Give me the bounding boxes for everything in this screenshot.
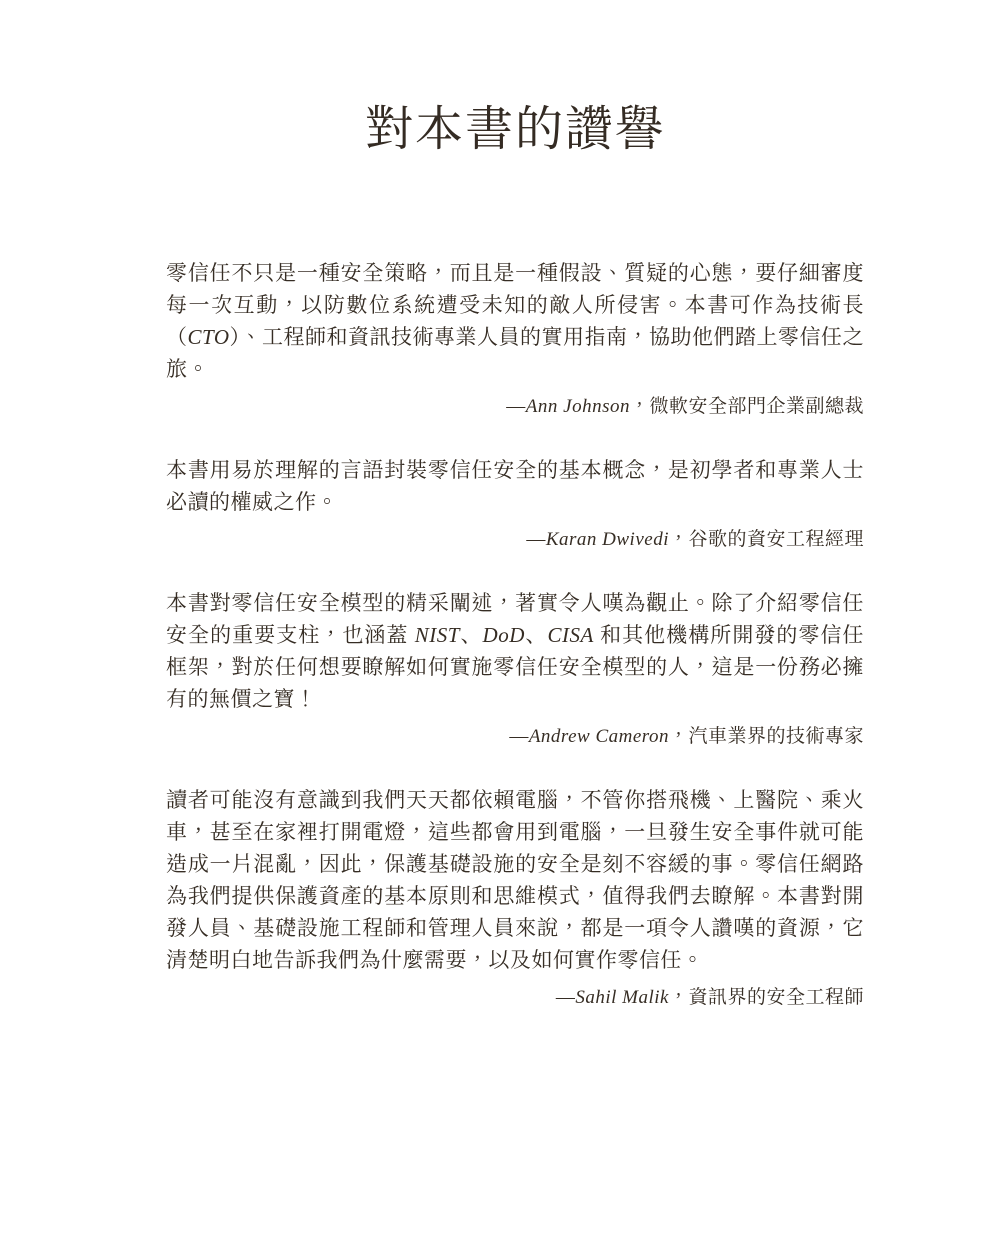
book-page: 對本書的讚譽 零信任不只是一種安全策略，而且是一種假設、質疑的心態，要仔細審度每…	[0, 0, 1000, 1243]
quote-block: 零信任不只是一種安全策略，而且是一種假設、質疑的心態，要仔細審度每一次互動，以防…	[166, 257, 864, 423]
page-content: 對本書的讚譽 零信任不只是一種安全策略，而且是一種假設、質疑的心態，要仔細審度每…	[166, 0, 864, 1045]
quote-attribution: —Sahil Malik，資訊界的安全工程師	[166, 982, 864, 1014]
quote-paragraph: 本書用易於理解的言語封裝零信任安全的基本概念，是初學者和專業人士必讀的權威之作。	[166, 454, 864, 518]
quote-paragraph: 讀者可能沒有意識到我們天天都依賴電腦，不管你搭飛機、上醫院、乘火車，甚至在家裡打…	[166, 784, 864, 976]
page-title: 對本書的讚譽	[166, 100, 864, 160]
quote-block: 本書對零信任安全模型的精采闡述，著實令人嘆為觀止。除了介紹零信任安全的重要支柱，…	[166, 587, 864, 753]
quote-attribution: —Andrew Cameron，汽車業界的技術專家	[166, 721, 864, 753]
quote-block: 讀者可能沒有意識到我們天天都依賴電腦，不管你搭飛機、上醫院、乘火車，甚至在家裡打…	[166, 784, 864, 1014]
quote-attribution: —Karan Dwivedi，谷歌的資安工程經理	[166, 524, 864, 556]
quote-attribution: —Ann Johnson，微軟安全部門企業副總裁	[166, 391, 864, 423]
quotes-list: 零信任不只是一種安全策略，而且是一種假設、質疑的心態，要仔細審度每一次互動，以防…	[166, 257, 864, 1014]
quote-block: 本書用易於理解的言語封裝零信任安全的基本概念，是初學者和專業人士必讀的權威之作。…	[166, 454, 864, 556]
quote-paragraph: 零信任不只是一種安全策略，而且是一種假設、質疑的心態，要仔細審度每一次互動，以防…	[166, 257, 864, 385]
quote-paragraph: 本書對零信任安全模型的精采闡述，著實令人嘆為觀止。除了介紹零信任安全的重要支柱，…	[166, 587, 864, 715]
